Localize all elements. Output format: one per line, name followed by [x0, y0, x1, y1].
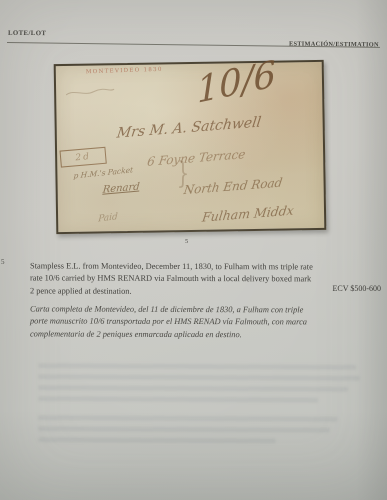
boxed-2d-mark: 2d	[60, 147, 107, 168]
ship-endorsement: p H.M.'s Packet	[73, 165, 133, 180]
bleed-through-line	[38, 396, 318, 402]
boxed-2d-mark-text: 2d	[75, 152, 91, 163]
verso-bleed-through	[38, 363, 363, 450]
address-line-4: Fulham Middx	[201, 202, 295, 224]
description-line: 2 pence applied at destination.	[30, 285, 354, 298]
paid-notation: Paid	[98, 212, 118, 225]
ink-flourish	[64, 85, 116, 100]
lot-number: 5	[1, 258, 5, 266]
addressee-line: Mrs M. A. Satchwell	[116, 114, 262, 141]
description-line: Carta completa de Montevideo, del 11 de …	[30, 303, 340, 316]
bleed-through-line	[38, 363, 356, 369]
header-lot-label: LOTE/LOT	[8, 30, 46, 37]
ink-bracket: }	[177, 156, 190, 191]
bleed-through-line	[38, 374, 360, 380]
address-line-2: 6 Foyne Terrace	[146, 147, 246, 169]
catalog-page-photo: LOTE/LOT ESTIMACIÓN/ESTIMATION MONTEVIDE…	[0, 0, 387, 500]
description-line: porte manuscrito 10/6 transportada por e…	[30, 316, 340, 329]
header-estimation-label: ESTIMACIÓN/ESTIMATION	[289, 41, 379, 49]
figure-number: 5	[185, 238, 188, 245]
ship-name: Renard	[102, 181, 140, 195]
cover-image: MONTEVIDEO 1830 10/6 Mrs M. A. Satchwell…	[54, 60, 327, 234]
bleed-through-line	[38, 415, 338, 421]
address-line-3: North End Road	[183, 175, 284, 197]
bleed-through-line	[38, 385, 348, 391]
manuscript-rate: 10/6	[196, 57, 276, 110]
estimate-value: ECV $500-600	[332, 284, 381, 293]
bleed-through-line	[38, 437, 276, 443]
bleed-through-line	[38, 426, 330, 432]
montevideo-postmark: MONTEVIDEO 1830	[86, 67, 163, 76]
lot-description-english: Stampless E.L. from Montevideo, December…	[30, 260, 354, 298]
description-line: rate 10/6 carried by HMS RENARD via Falm…	[30, 273, 354, 286]
lot-description-spanish: Carta completa de Montevideo, del 11 de …	[30, 303, 340, 341]
description-line: Stampless E.L. from Montevideo, December…	[30, 260, 354, 273]
description-line: complementaria de 2 peniques enmarcada a…	[30, 328, 340, 341]
